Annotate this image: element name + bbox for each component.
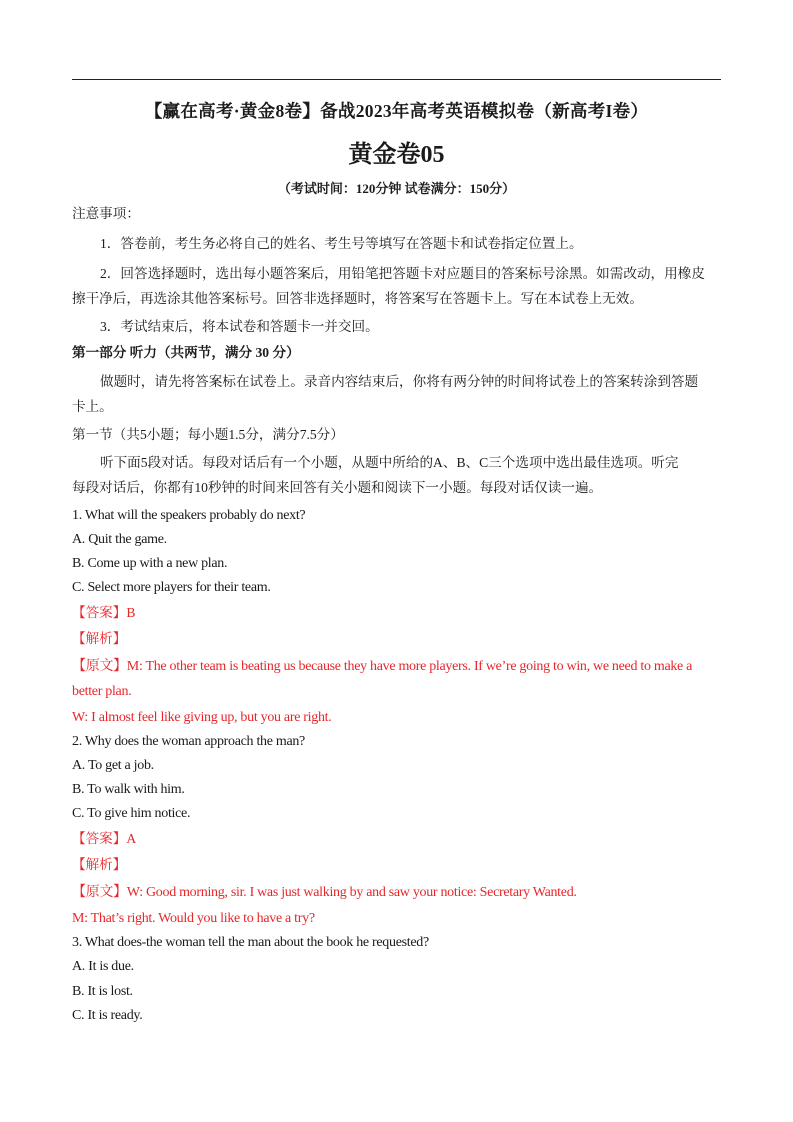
- question-1-option-b: B. Come up with a new plan.: [72, 555, 227, 573]
- part1-instructions-cont: 卡上。: [72, 398, 113, 416]
- paper-title: 黄金卷05: [0, 134, 793, 169]
- question-3-option-a: A. It is due.: [72, 958, 134, 976]
- question-2-answer: 【答案】A: [72, 830, 136, 848]
- question-2-option-a: A. To get a job.: [72, 757, 154, 775]
- notice-item-1: 1．答卷前，考生务必将自己的姓名、考生号等填写在答题卡和试卷指定位置上。: [100, 235, 583, 253]
- header-rule: [72, 79, 721, 80]
- question-2-transcript-2: M: That’s right. Would you like to have …: [72, 910, 315, 928]
- part1-instructions: 做题时，请先将答案标在试卷上。录音内容结束后，你将有两分钟的时间将试卷上的答案转…: [100, 373, 698, 391]
- question-2-stem: 2. Why does the woman approach the man?: [72, 733, 305, 751]
- question-2-analysis: 【解析】: [72, 856, 126, 874]
- question-3-stem: 3. What does-the woman tell the man abou…: [72, 934, 429, 952]
- notice-item-2-cont: 擦干净后，再选涂其他答案标号。回答非选择题时，将答案写在答题卡上。写在本试卷上无…: [72, 290, 643, 308]
- question-2-transcript-1: 【原文】W: Good morning, sir. I was just wal…: [72, 884, 577, 902]
- part1-heading: 第一部分 听力（共两节，满分 30 分）: [72, 344, 300, 362]
- question-1-analysis: 【解析】: [72, 630, 126, 648]
- exam-info: （考试时间：120分钟 试卷满分：150分）: [0, 178, 793, 197]
- question-1-option-a: A. Quit the game.: [72, 531, 167, 549]
- series-title: 【赢在高考·黄金8卷】备战2023年高考英语模拟卷（新高考I卷）: [0, 98, 793, 123]
- notice-heading: 注意事项：: [72, 205, 140, 223]
- question-1-transcript-2: better plan.: [72, 683, 131, 701]
- notice-item-3: 3．考试结束后，将本试卷和答题卡一并交回。: [100, 318, 379, 336]
- section1-instructions-cont: 每段对话后，你都有10秒钟的时间来回答有关小题和阅读下一小题。每段对话仅读一遍。: [72, 479, 602, 497]
- question-1-option-c: C. Select more players for their team.: [72, 579, 271, 597]
- question-1-transcript-3: W: I almost feel like giving up, but you…: [72, 709, 331, 727]
- question-1-transcript-1: 【原文】M: The other team is beating us beca…: [72, 658, 692, 676]
- section1-instructions: 听下面5段对话。每段对话后有一个小题，从题中所给的A、B、C三个选项中选出最佳选…: [100, 454, 679, 472]
- document-page: 【赢在高考·黄金8卷】备战2023年高考英语模拟卷（新高考I卷） 黄金卷05 （…: [0, 0, 793, 1122]
- question-3-option-b: B. It is lost.: [72, 983, 133, 1001]
- question-1-stem: 1. What will the speakers probably do ne…: [72, 507, 305, 525]
- question-1-answer: 【答案】B: [72, 604, 135, 622]
- section1-heading: 第一节（共5小题；每小题1.5分，满分7.5分）: [72, 426, 344, 444]
- notice-item-2: 2．回答选择题时，选出每小题答案后，用铅笔把答题卡对应题目的答案标号涂黑。如需改…: [100, 265, 705, 283]
- question-2-option-b: B. To walk with him.: [72, 781, 185, 799]
- question-2-option-c: C. To give him notice.: [72, 805, 190, 823]
- question-3-option-c: C. It is ready.: [72, 1007, 142, 1025]
